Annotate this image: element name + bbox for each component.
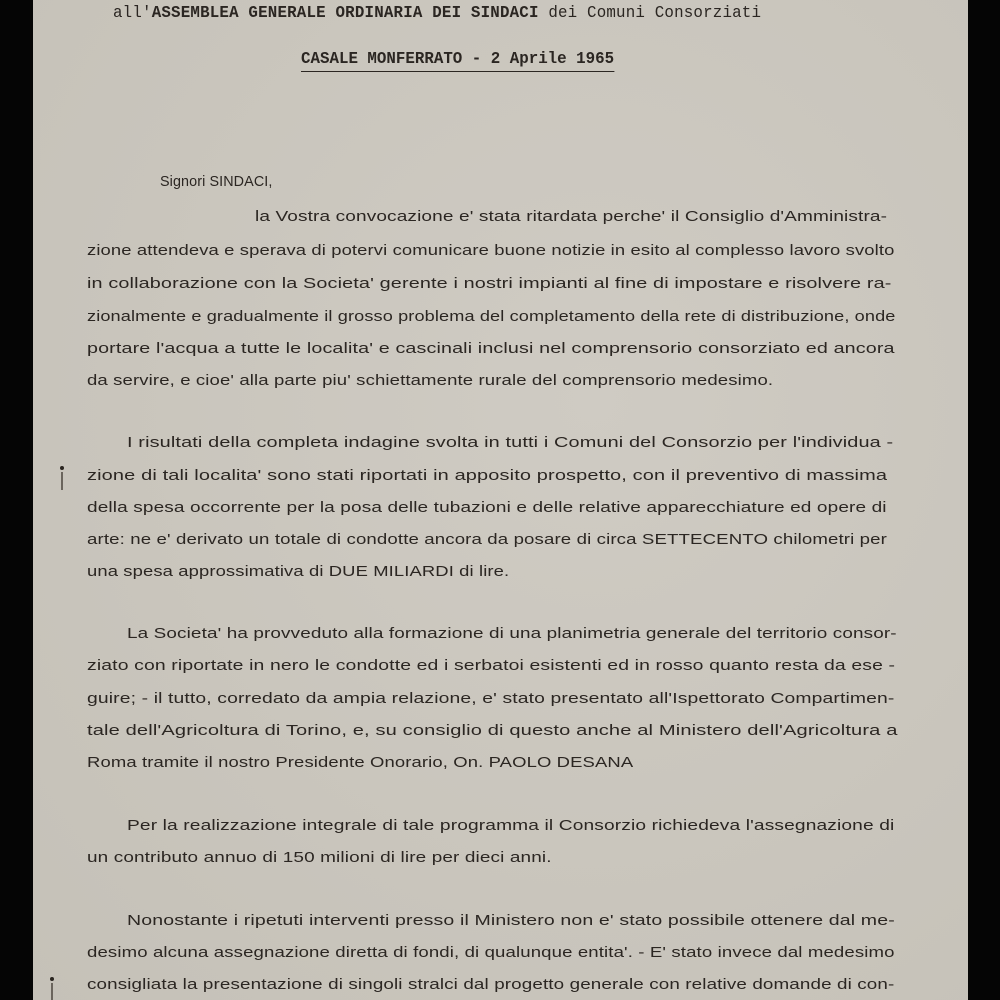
text-line: Per la realizzazione integrale di tale p… xyxy=(127,817,894,834)
text-line: la Vostra convocazione e' stata ritardat… xyxy=(255,208,887,225)
punch-hole-mark xyxy=(60,466,64,470)
salutation: Signori SINDACI, xyxy=(160,173,272,190)
text-line: arte: ne e' derivato un totale di condot… xyxy=(87,531,887,548)
text-line: desimo alcuna assegnazione diretta di fo… xyxy=(87,944,895,961)
text-line: zionalmente e gradualmente il grosso pro… xyxy=(87,308,896,325)
text-line: Nonostante i ripetuti interventi presso … xyxy=(127,912,895,929)
header-title: ASSEMBLEA GENERALE ORDINARIA DEI SINDACI xyxy=(152,4,539,23)
text-line: Roma tramite il nostro Presidente Onorar… xyxy=(87,754,633,771)
text-line: guire; - il tutto, corredato da ampia re… xyxy=(87,690,894,707)
punch-hole-mark xyxy=(61,472,63,490)
header-suffix: dei Comuni Consorziati xyxy=(539,4,762,23)
document-page: all'ASSEMBLEA GENERALE ORDINARIA DEI SIN… xyxy=(33,0,968,1000)
punch-hole-mark xyxy=(50,977,54,981)
punch-hole-mark xyxy=(51,983,53,1000)
text-line: in collaborazione con la Societa' gerent… xyxy=(87,275,891,292)
text-line: un contributo annuo di 150 milioni di li… xyxy=(87,849,552,866)
text-line: da servire, e cioe' alla parte piu' schi… xyxy=(87,372,773,389)
header-prefix: all' xyxy=(113,4,152,23)
document-subtitle: CASALE MONFERRATO - 2 Aprile 1965 xyxy=(301,50,614,72)
text-line: zione di tali localita' sono stati ripor… xyxy=(87,467,887,484)
text-line: consigliata la presentazione di singoli … xyxy=(87,976,894,993)
text-line: tale dell'Agricoltura di Torino, e, su c… xyxy=(87,722,898,739)
text-line: portare l'acqua a tutte le localita' e c… xyxy=(87,340,895,357)
text-line: ziato con riportate in nero le condotte … xyxy=(87,657,895,674)
document-header: all'ASSEMBLEA GENERALE ORDINARIA DEI SIN… xyxy=(113,4,876,23)
text-line: una spesa approssimativa di DUE MILIARDI… xyxy=(87,563,509,580)
text-line: La Societa' ha provveduto alla formazion… xyxy=(127,625,897,642)
text-line: della spesa occorrente per la posa delle… xyxy=(87,499,887,516)
text-line: I risultati della completa indagine svol… xyxy=(127,434,893,451)
text-line: zione attendeva e sperava di potervi com… xyxy=(87,242,894,259)
